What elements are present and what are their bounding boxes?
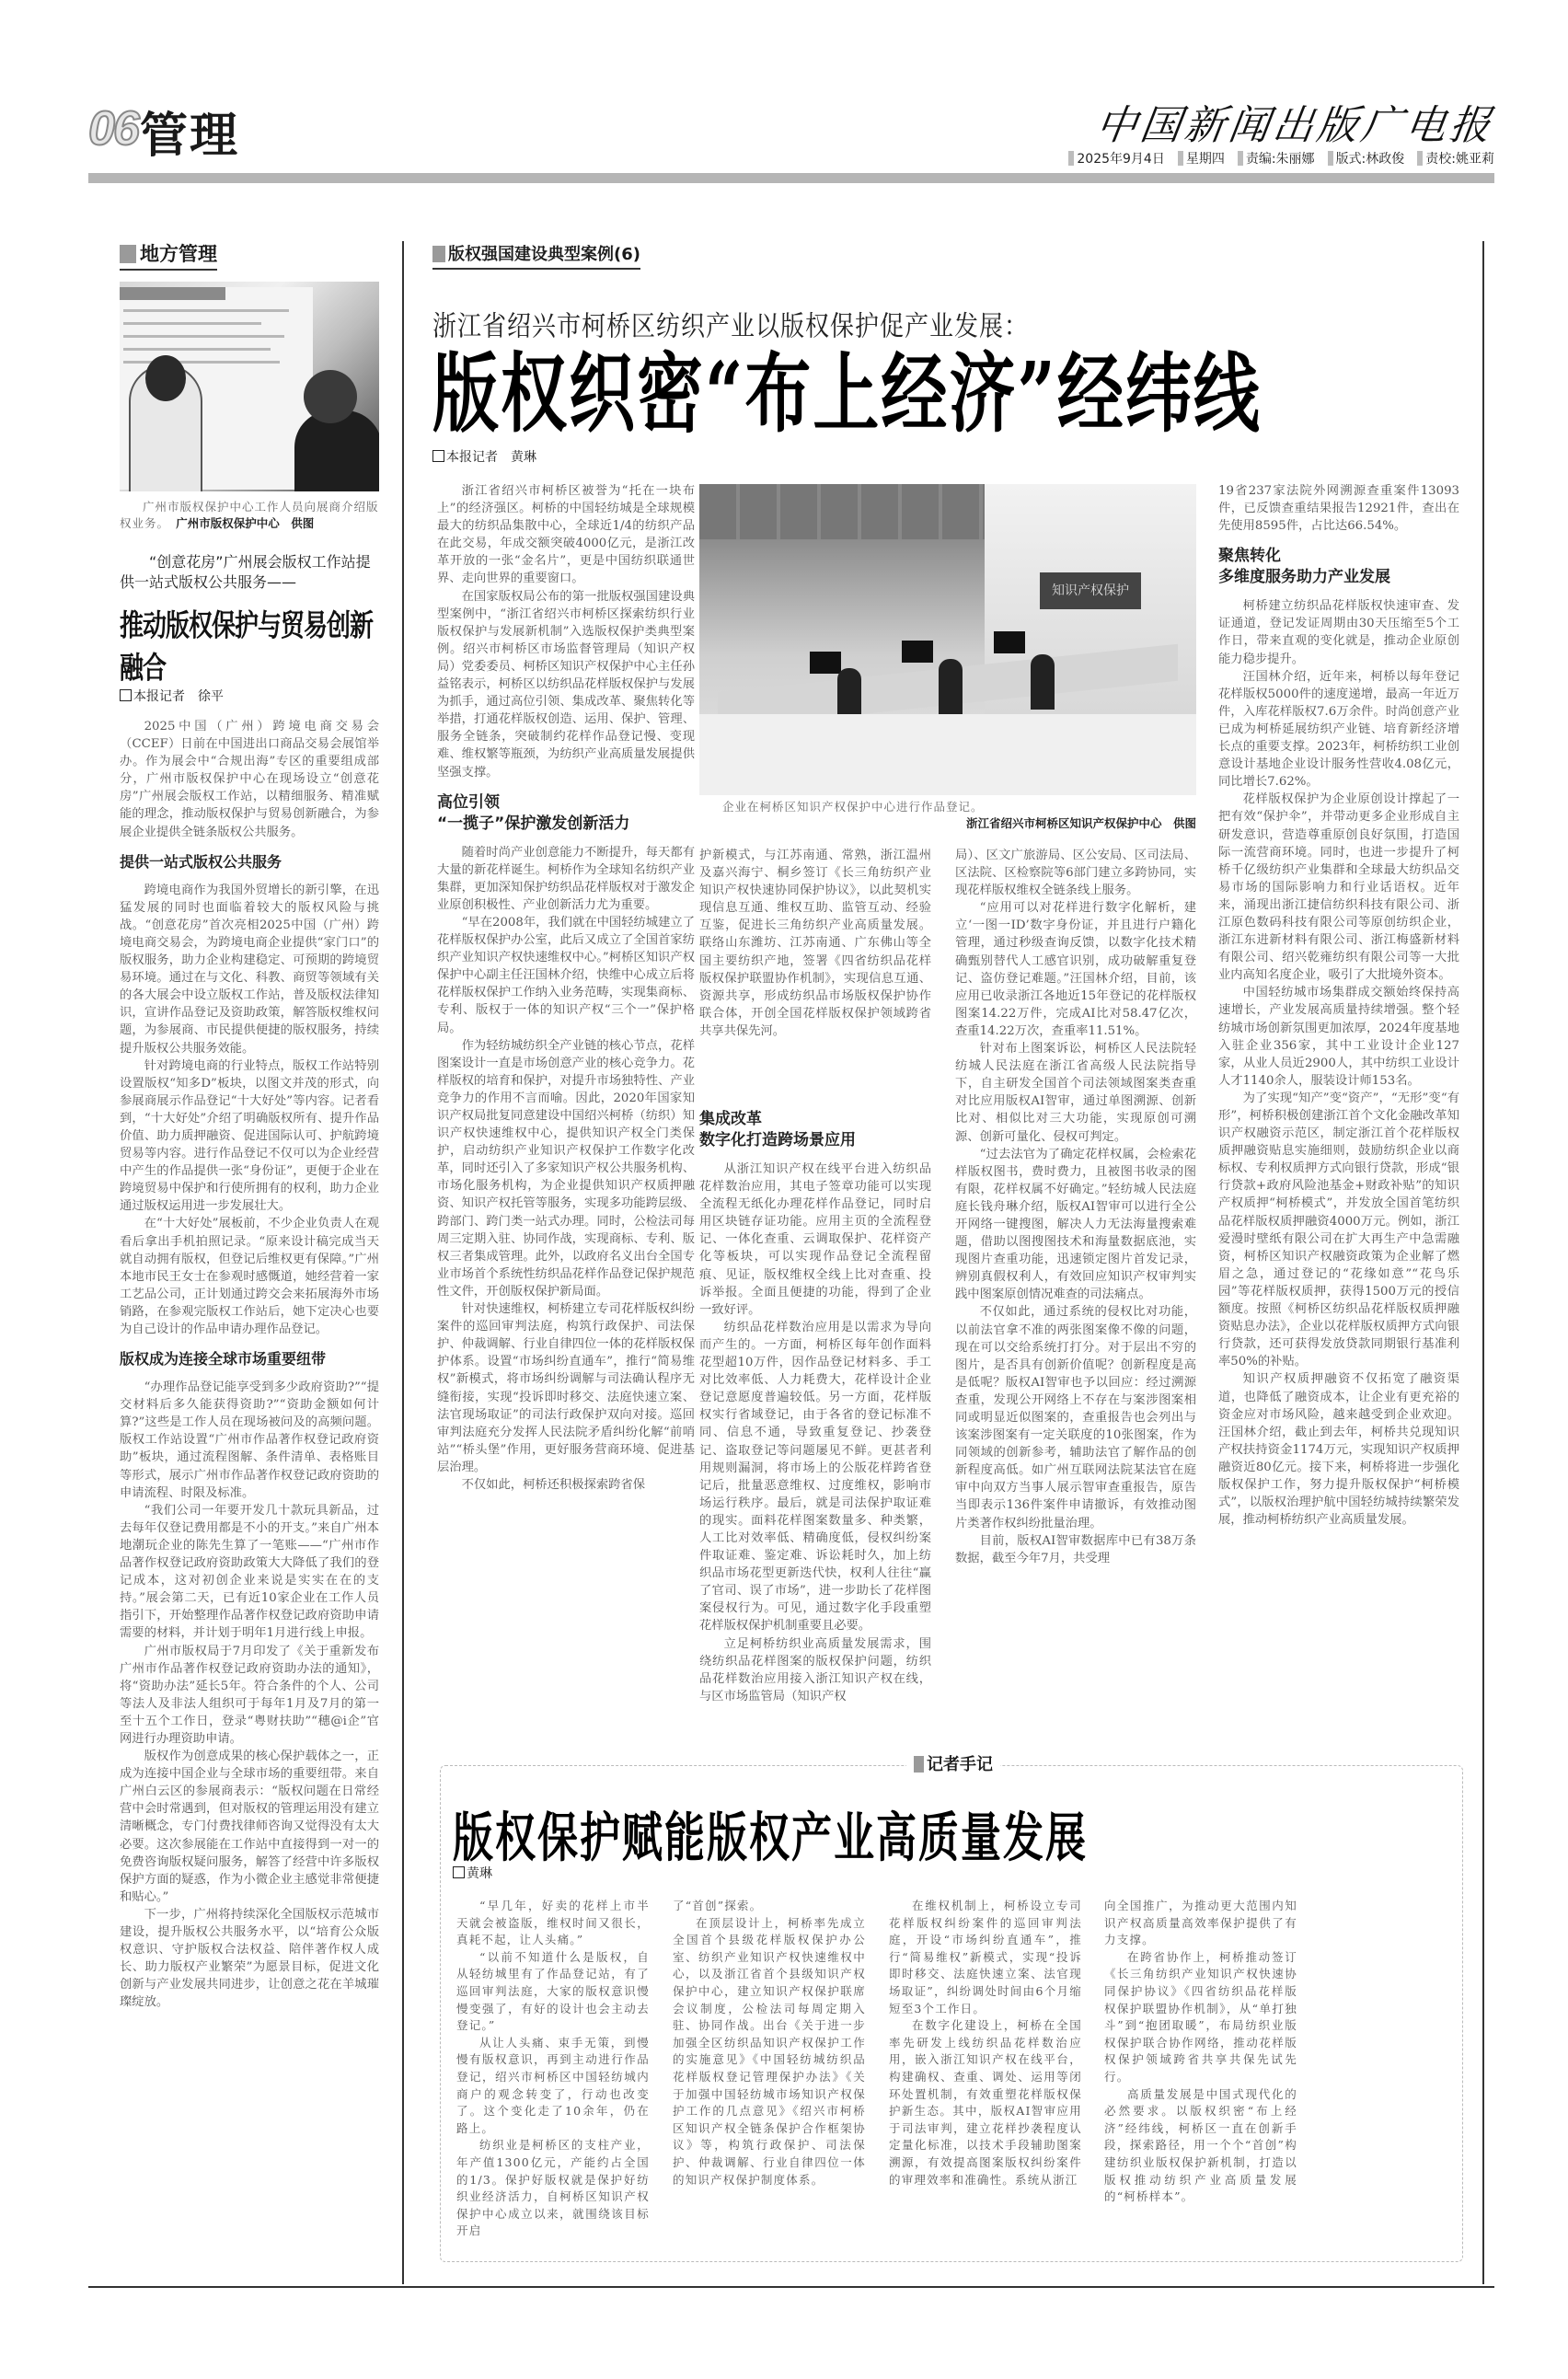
feature-column-1: 浙江省绍兴市柯桥区被誉为“托在一块布上”的经济强区。柯桥的中国轻纺城是全球规模最… (437, 482, 695, 1494)
page-bottom-rule (88, 2286, 1494, 2288)
subhead: 高位引领 “一揽子”保护激发创新活力 (437, 792, 695, 835)
notes-column-1: “早几年，好卖的花样上市半天就会被盗版，维权时间又很长，真耗不起，让人头痛。” … (456, 1898, 650, 2240)
feature-kicker: 浙江省绍兴市柯桥区纺织产业以版权保护促产业发展： (432, 305, 1482, 344)
issue-weekday: 星期四 (1178, 149, 1225, 167)
notes-headline: 版权保护赋能版权产业高质量发展 (453, 1795, 1088, 1871)
article-body: 2025中国（广州）跨境电商交易会（CCEF）日前在中国进出口商品交易会展馆举办… (120, 718, 379, 2011)
article-kicker: “创意花房”广州展会版权工作站提供一站式版权公共服务—— (120, 552, 379, 593)
newspaper-logo: 中国新闻出版广电报 (1093, 92, 1499, 151)
masthead: 06 管理 中国新闻出版广电报 2025年9月4日 星期四 责编:朱丽娜 版式:… (88, 92, 1494, 184)
feature-column-4: 19省237家法院外网溯源查重案件13093件，已反馈查重结果报告12921件，… (1218, 482, 1459, 1529)
photo-credit: 浙江省绍兴市柯桥区知识产权保护中心 供图 (699, 815, 1196, 832)
article-byline: 本报记者 徐平 (120, 687, 379, 705)
feature-column-2b: 集成改革 数字化打造跨场景应用 从浙江知识产权在线平台进入纺织品花样数治应用，其… (699, 1098, 931, 1705)
notes-column-4: 向全国推广，为推动更大范围内知识产权高质量高效率保护提供了有力支撑。 在跨省协作… (1104, 1898, 1297, 2206)
exhibitor-figure (294, 410, 379, 491)
column-divider-right (1482, 241, 1484, 2284)
feature-headline: 版权织密“布上经济”经纬线 (432, 346, 1482, 442)
photo-caption: 广州市版权保护中心工作人员向展商介绍版权业务。 广州市版权保护中心 供图 (120, 499, 379, 532)
column-divider-left (402, 241, 404, 2284)
feature-column-3: 局）、区文广旅游局、区公安局、区司法局、区法院、区检察院等6部门建立多跨协同，实… (955, 847, 1196, 1567)
feature-byline: 本报记者 黄琳 (432, 447, 1482, 466)
exhibition-photo (120, 282, 379, 491)
article-headline: 推动版权保护与贸易创新融合 (120, 602, 379, 687)
feature-photo-caption: 企业在柯桥区知识产权保护中心进行作品登记。 浙江省绍兴市柯桥区知识产权保护中心 … (699, 799, 1196, 832)
center-signboard: 知识产权保护 (1040, 572, 1141, 609)
feature-header: 版权强国建设典型案例(6) 浙江省绍兴市柯桥区纺织产业以版权保护促产业发展： 版… (432, 241, 1482, 466)
section-tag-local: 地方管理 (120, 239, 217, 271)
feature-column-2: 护新模式，与江苏南通、常熟，浙江温州及嘉兴海宁、桐乡签订《长三角纺织产业知识产权… (699, 847, 931, 1040)
local-management-article: 地方管理 广州市版权保护中心工作人员向展商介绍版权业务。 广州市版权保护中心 供… (120, 239, 379, 2011)
notes-byline: 黄琳 (453, 1864, 492, 1882)
poster-heading-bar (120, 287, 225, 300)
proofreader-credit: 责校:姚亚莉 (1417, 149, 1494, 167)
series-tag: 版权强国建设典型案例(6) (432, 241, 640, 270)
notes-column-3: 在维权机制上，柯桥设立专司花样版权纠纷案件的巡回审判法庭，开设“市场纠纷直通车”… (889, 1898, 1082, 2188)
subhead: 聚焦转化 多维度服务助力产业发展 (1218, 546, 1459, 588)
subhead: 版权成为连接全球市场重要纽带 (120, 1349, 379, 1369)
masthead-rule (88, 173, 1494, 183)
issue-date: 2025年9月4日 (1068, 149, 1164, 167)
issue-meta: 2025年9月4日 星期四 责编:朱丽娜 版式:林政俊 责校:姚亚莉 (1068, 149, 1494, 167)
section-tag-notes: 记者手记 (906, 1751, 1000, 1775)
registration-center-photo: 知识产权保护 (699, 484, 1196, 795)
notes-column-2: 了“首创”探索。 在顶层设计上，柯桥率先成立全国首个县级花样版权保护办公室、纺织… (673, 1898, 866, 2188)
subhead: 提供一站式版权公共服务 (120, 852, 379, 872)
layout-credit: 版式:林政俊 (1328, 149, 1405, 167)
section-title: 管理 (140, 97, 239, 166)
photo-credit: 广州市版权保护中心 供图 (176, 516, 314, 530)
page-number: 06 (88, 101, 138, 156)
editor-credit: 责编:朱丽娜 (1238, 149, 1315, 167)
subhead: 集成改革 数字化打造跨场景应用 (699, 1109, 931, 1151)
